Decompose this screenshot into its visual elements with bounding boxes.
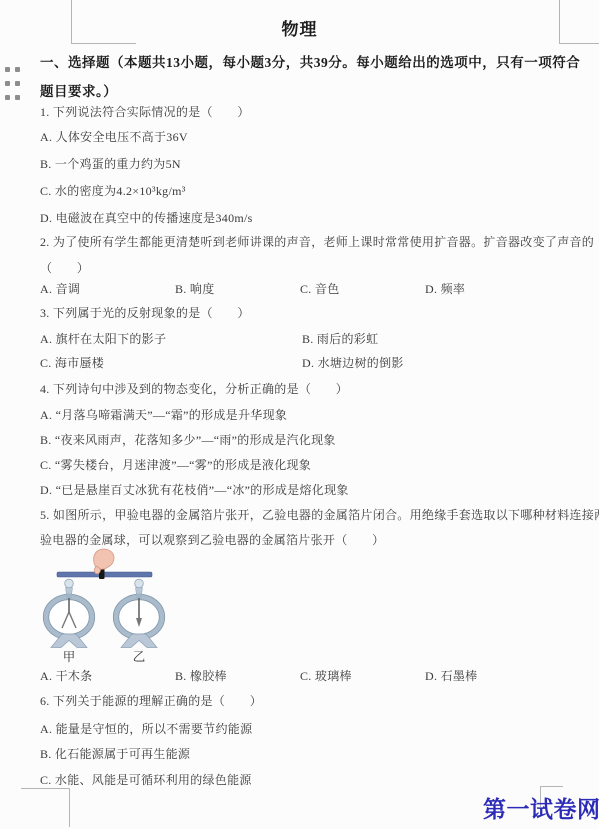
question-2-stem-line-2: （ ） bbox=[40, 259, 89, 276]
metal-ball bbox=[65, 579, 74, 588]
question-6-stem: 6. 下列关于能源的理解正确的是（ ） bbox=[40, 692, 262, 709]
electroscope-jia bbox=[43, 579, 94, 647]
section-heading-line-2: 题目要求。） bbox=[40, 80, 117, 100]
drag-handle-icon[interactable] bbox=[5, 67, 20, 100]
question-3-option-c: C. 海市蜃楼 bbox=[40, 354, 104, 371]
question-4-option-c: C. “雾失楼台，月迷津渡”—“雾”的形成是液化现象 bbox=[40, 456, 311, 473]
question-6-option-c: C. 水能、风能是可循环利用的绿色能源 bbox=[40, 771, 252, 788]
question-4-option-d: D. “已是悬崖百丈冰犹有花枝俏”—“冰”的形成是熔化现象 bbox=[40, 481, 349, 498]
question-5-stem-line-2: 验电器的金属球，可以观察到乙验电器的金属箔片张开（ ） bbox=[40, 531, 384, 548]
collar bbox=[66, 594, 72, 599]
question-2-option-a: A. 音调 bbox=[40, 280, 80, 297]
label-jia: 甲 bbox=[63, 650, 76, 664]
question-5-option-d: D. 石墨棒 bbox=[425, 667, 477, 684]
question-4-option-a: A. “月落乌啼霜满天”—“霜”的形成是升华现象 bbox=[40, 406, 287, 423]
question-4-option-b: B. “夜来风雨声，花落知多少”—“雨”的形成是汽化现象 bbox=[40, 431, 336, 448]
page-title: 物理 bbox=[0, 15, 599, 40]
metal-ball bbox=[135, 579, 144, 588]
question-6-option-a: A. 能量是守恒的，所以不需要节约能源 bbox=[40, 720, 252, 737]
question-3-option-b: B. 雨后的彩虹 bbox=[302, 330, 378, 347]
question-1-option-c: C. 水的密度为4.2×10³kg/m³ bbox=[40, 182, 186, 199]
section-heading-line-1: 一、选择题（本题共13小题，每小题3分，共39分。每小题给出的选项中，只有一项符… bbox=[40, 51, 580, 71]
question-2-option-b: B. 响度 bbox=[175, 280, 215, 297]
watermark-logo: 第一试卷网 bbox=[483, 791, 599, 824]
question-2-option-c: C. 音色 bbox=[300, 280, 340, 297]
question-2-option-d: D. 频率 bbox=[425, 280, 465, 297]
question-1-option-d: D. 电磁波在真空中的传播速度是340m/s bbox=[40, 209, 253, 226]
question-3-option-a: A. 旗杆在太阳下的影子 bbox=[40, 330, 166, 347]
question-5-stem-line-1: 5. 如图所示，甲验电器的金属箔片张开，乙验电器的金属箔片闭合。用绝缘手套选取以… bbox=[40, 506, 599, 523]
question-5-option-c: C. 玻璃棒 bbox=[300, 667, 352, 684]
question-2-stem-line-1: 2. 为了使所有学生都能更清楚听到老师讲课的声音，老师上课时常常使用扩音器。扩音… bbox=[40, 233, 594, 250]
question-1-option-a: A. 人体安全电压不高于36V bbox=[40, 128, 188, 145]
electroscope-yi bbox=[113, 579, 164, 647]
physics-exam-page: 物理 一、选择题（本题共13小题，每小题3分，共39分。每小题给出的选项中，只有… bbox=[0, 0, 599, 829]
question-3-option-d: D. 水塘边树的倒影 bbox=[302, 354, 404, 371]
electroscope-figure: 甲 乙 bbox=[35, 548, 185, 666]
question-4-stem: 4. 下列诗句中涉及到的物态变化，分析正确的是（ ） bbox=[40, 380, 348, 397]
question-6-option-b: B. 化石能源属于可再生能源 bbox=[40, 745, 190, 762]
collar bbox=[136, 594, 142, 599]
question-5-option-b: B. 橡胶棒 bbox=[175, 667, 227, 684]
text-boundary-corner-bottom-left bbox=[21, 788, 70, 827]
question-3-stem: 3. 下列属于光的反射现象的是（ ） bbox=[40, 304, 250, 321]
question-1-stem: 1. 下列说法符合实际情况的是（ ） bbox=[40, 103, 250, 120]
label-yi: 乙 bbox=[133, 650, 146, 664]
question-1-option-b: B. 一个鸡蛋的重力约为5N bbox=[40, 155, 181, 172]
question-5-option-a: A. 干木条 bbox=[40, 667, 92, 684]
